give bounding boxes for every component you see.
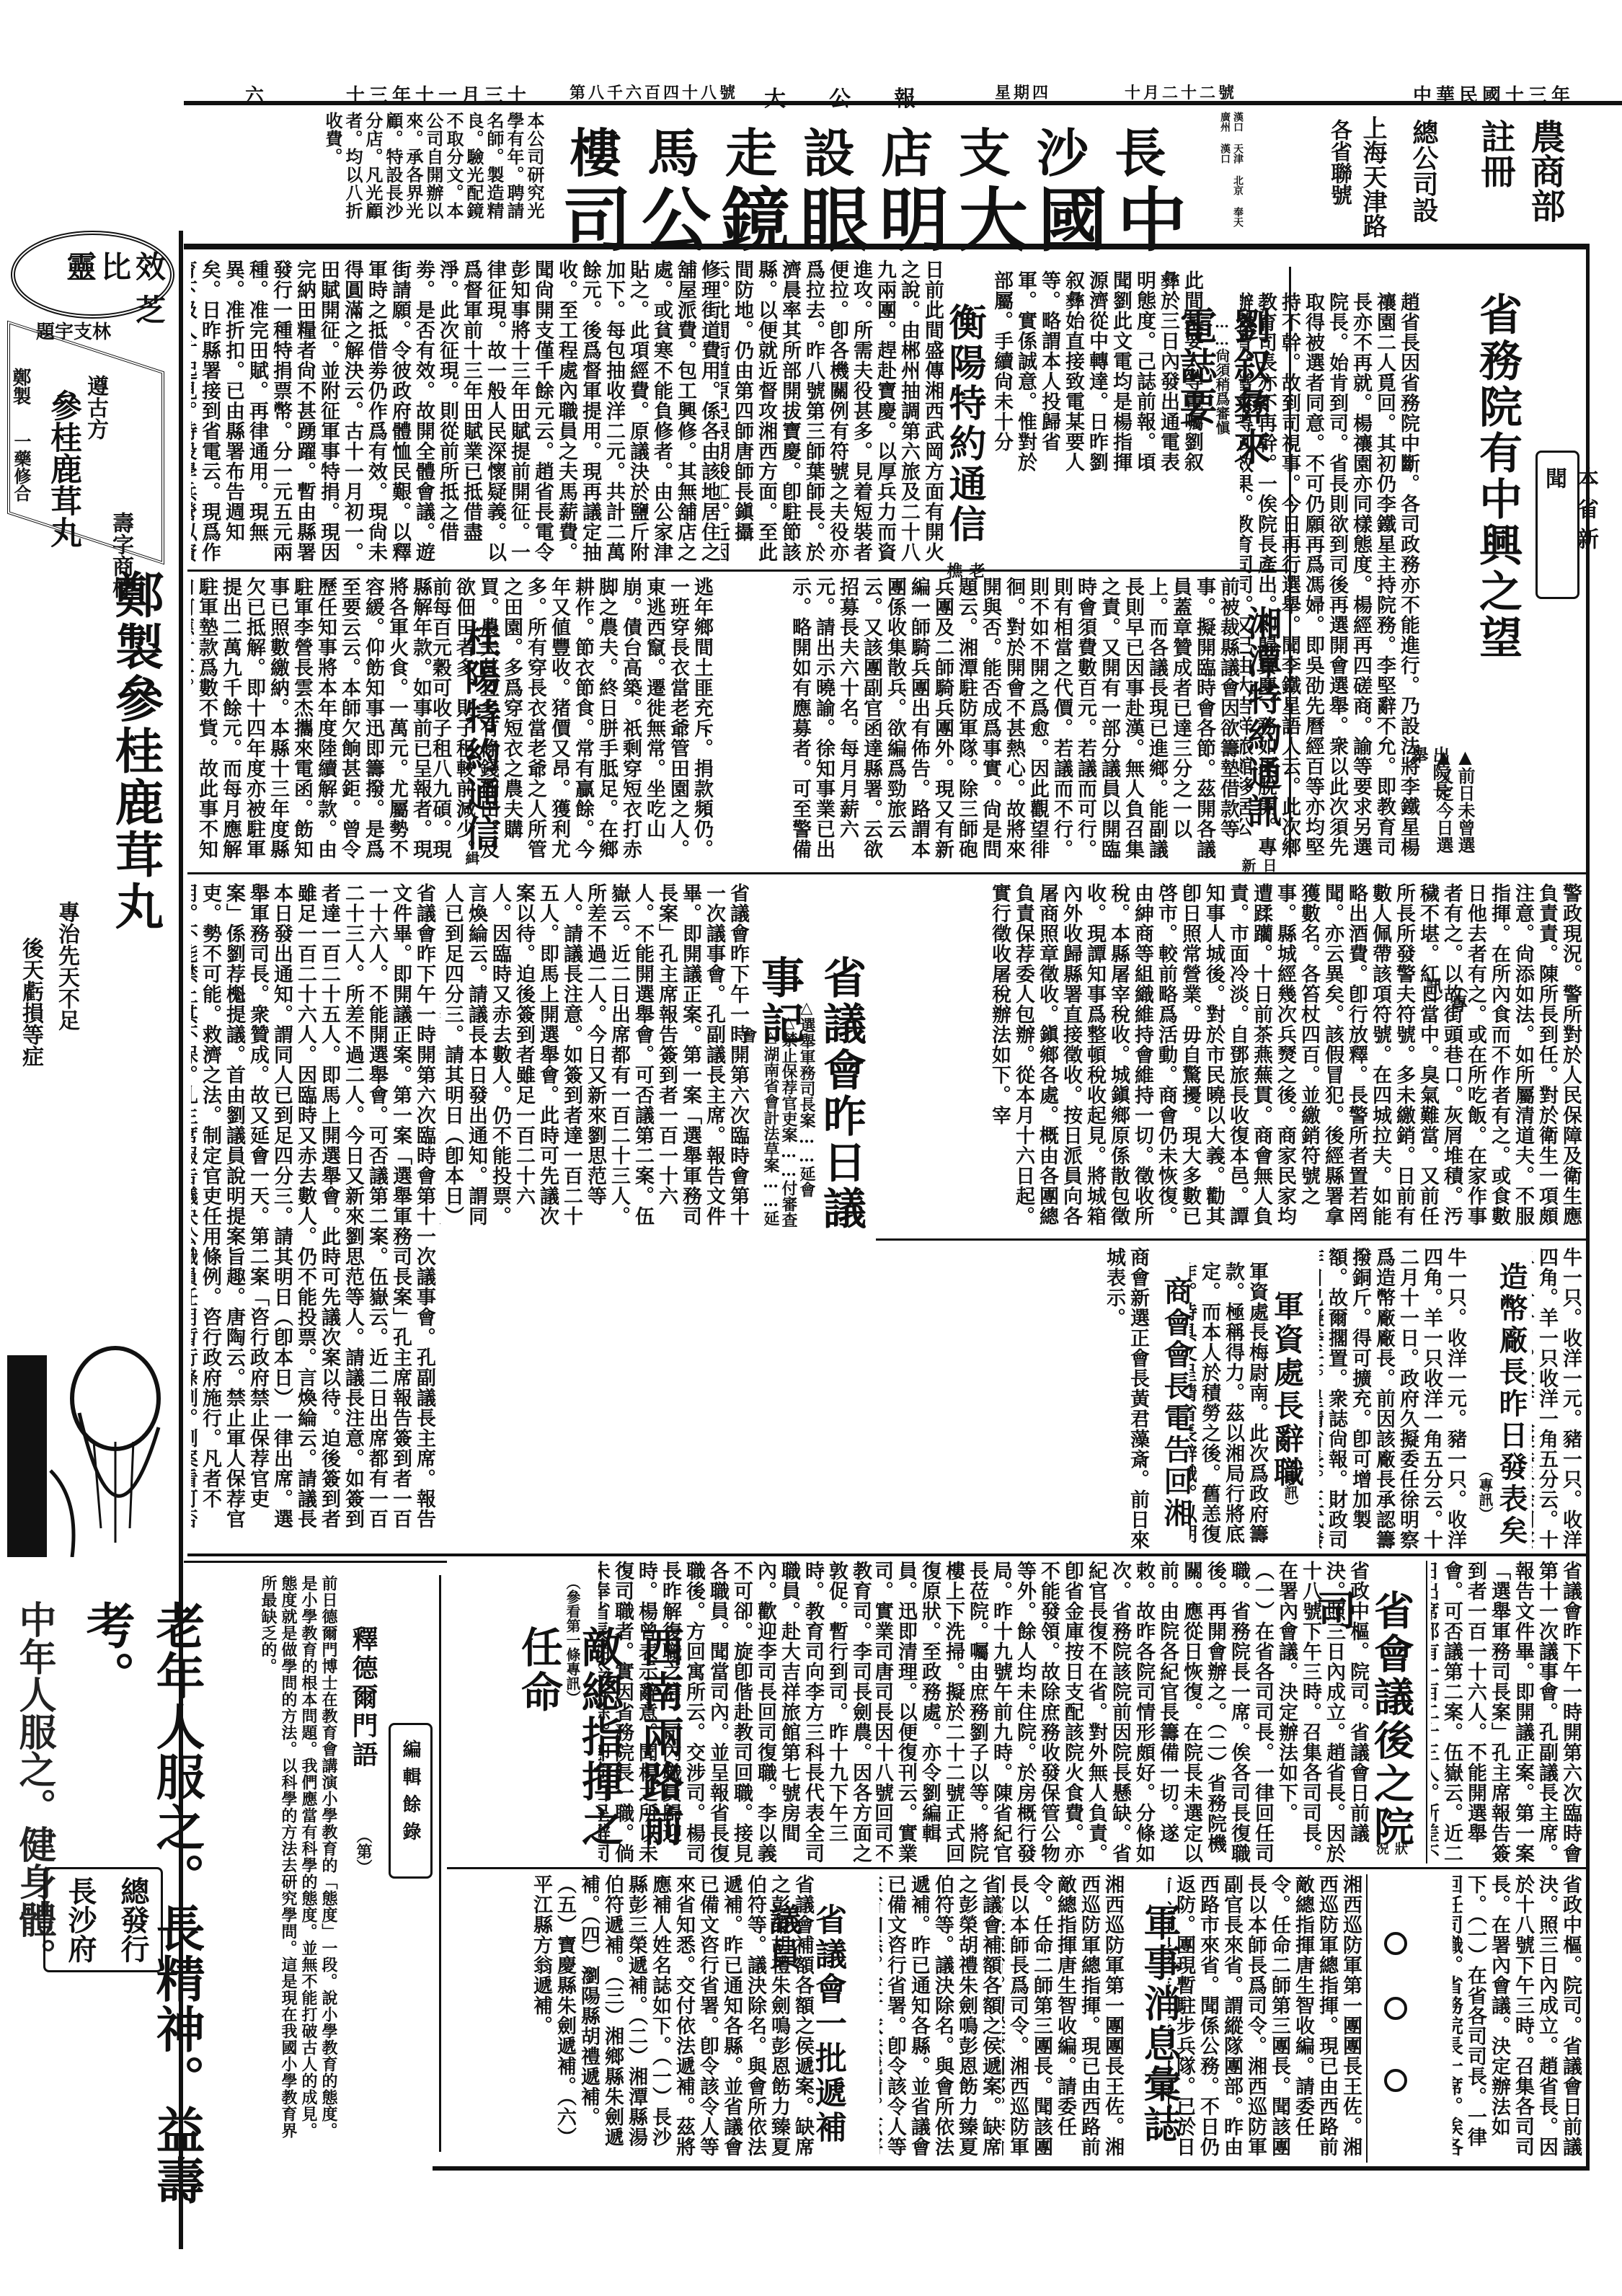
article-guiyang: 逃年鄉間土匪充斥。捐款頻仍。一班穿長衣當老爺管田園之人。東逃西竄。遷徙無常。坐吃… bbox=[433, 577, 793, 865]
article-headline: 湘潭特約通訊 bbox=[1237, 606, 1287, 830]
masthead-republic-year: 中華民國十三年 bbox=[1413, 81, 1574, 101]
masthead-day: 星期四 bbox=[995, 81, 1051, 101]
circle-mark bbox=[1384, 2069, 1407, 2092]
top-ad-branch-list: 漢口 天津 北京 奉天 廣州 漢口 bbox=[1218, 112, 1312, 231]
editorial-right-rule bbox=[439, 1575, 441, 2152]
column-tag-label: 本省新聞 bbox=[1538, 467, 1601, 582]
indications-1: 專治先天不足 bbox=[50, 901, 82, 1031]
top-ad-head-office-loc: 上海天津路 bbox=[1355, 115, 1391, 238]
article-after-council: 省會議後之院司 狀況 省政中樞。院司。省議會日前議決。照三日內成立。趙省長。因於… bbox=[876, 1561, 1424, 1863]
top-ad-copy: 本公司研究光學有年。聘請名師。製造精良。驗光配鏡不取分文。本公司自開辦以來。承各… bbox=[184, 112, 544, 234]
article-body: 省議會昨下午一時開第六次臨時會第十一次議事會。孔副議長主席。報告文件畢。即開議正… bbox=[191, 883, 436, 1532]
distributor-label: 總發行 bbox=[112, 1876, 154, 1963]
top-ad-registered-label: 農商部註冊 bbox=[1471, 119, 1570, 241]
masthead-issue: 第八千六百四十八號 bbox=[570, 81, 738, 101]
article-body: 省議會昨下午一時開第六次臨時會第十一次議事會。孔副議長主席。報告文件畢。即開議正… bbox=[1431, 1561, 1582, 1863]
article-headline: 西南兩路前敵總指揮之任命 bbox=[508, 1626, 690, 1863]
article-hengyang-2: 修理街道費用。係各由該地居住之舖屋派費。包工興修。其無舖店之處。或貧寒不能負修者… bbox=[191, 260, 721, 562]
article-byline: （第） bbox=[353, 1827, 375, 1875]
row-divider bbox=[187, 569, 1290, 572]
book-note: 一藥修合 bbox=[9, 433, 34, 502]
article-county-payments: 商會新選正會長黃君藻斎。前日來城表示。 bbox=[876, 1247, 1150, 1550]
content-top-rule bbox=[184, 244, 1590, 249]
article-right-continued: 省議會昨下午一時開第六次臨時會第十一次議事會。孔副議長主席。報告文件畢。即開議正… bbox=[1431, 1561, 1582, 1863]
article-body: 商會新選正會長黃君藻斎。前日來城表示。 bbox=[876, 1247, 1150, 1550]
article-council-session: 省議會昨日議事記 △選舉軍務司長案……延會 △禁止保荐官吏案……付審查 △湖南省… bbox=[440, 883, 872, 1236]
masthead-paper-name: 大公報 bbox=[764, 81, 959, 101]
article-body: 省政中樞。院司。省議會日前議決。照三日內成立。趙省長。因於十八號下午三時。召集各… bbox=[876, 1561, 1370, 1863]
product-name: 鄭製參桂鹿茸丸 bbox=[101, 569, 171, 933]
article-byline: 日新 bbox=[1238, 858, 1280, 872]
article-hengyang-1: 衡陽特約通信 老樵 日前此間盛傳湘西武岡方面有開火之說。由郴州抽調第六旅及二十八… bbox=[721, 260, 1060, 562]
article-baoqing: 警政現況。警所對於人民保障及衛生應負責責。陳所長到任。對於衛生一項頗注意。尙添如… bbox=[876, 883, 1582, 1236]
book-maker: 鄭製 bbox=[7, 368, 34, 405]
top-ad-brand-main: 中國大明眼鏡公司 bbox=[562, 166, 1197, 265]
distributor-box: 總發行 長沙府 bbox=[43, 1867, 163, 1972]
article-body: 前被裁縣議會因欲籌墊借款等事。擬開臨時會各節。茲開各議員蓋章贊成者已達三分之一以… bbox=[793, 577, 1240, 865]
masthead-date-left: 十三年十一月三十 bbox=[346, 81, 531, 101]
column-divider bbox=[1426, 1561, 1427, 1863]
article-body: 警政現況。警所對於人民保障及衛生應負責責。陳所長到任。對於衛生一項頗注意。尙添如… bbox=[876, 883, 1582, 1236]
editorial-label-box: 編輯餘錄 bbox=[389, 1723, 433, 1879]
article-hengyang-2-cont: 縣解年款。如事前已呈報者。現將各軍火食。一萬元。尤屬勢不容緩。仰飭知事迅即籌撥。… bbox=[191, 577, 433, 865]
column-divider bbox=[1366, 1874, 1368, 2163]
article-byline: ……尙須稍爲審愼 bbox=[1212, 314, 1233, 435]
row-divider bbox=[876, 1238, 1586, 1241]
article-provincial-council: 省務院有中興之望 ▲前日未曾選出院長 ▲又定今日選舉 （專訊） 趙省長因省務院中… bbox=[1298, 256, 1528, 865]
column-tag-box: 本省新聞 bbox=[1535, 451, 1579, 599]
masthead-rule bbox=[184, 101, 1622, 105]
article-byline: 緝 bbox=[461, 851, 482, 865]
article-new-members: 省議會補額各額之侯遞案。缺席之彭榮胡禮朱劍鳴彭恩飭力臻夏伯符等。議決除名。與會所… bbox=[454, 1874, 1002, 2163]
editorial-label: 編輯餘錄 bbox=[397, 1739, 424, 1849]
indications-2: 後天虧損等症 bbox=[14, 937, 46, 1067]
article-council-session-cont: 省議會昨下午一時開第六次臨時會第十一次議事會。孔副議長主席。報告文件畢。即開議正… bbox=[191, 883, 436, 1532]
article-byline: 狀況 bbox=[1372, 1842, 1409, 1863]
article-body: 牛一只。收洋一元。豬一只。收洋四角。羊一只收洋一角五分云。十二月十一日。政府久擬… bbox=[1532, 1247, 1582, 1550]
article-body: 省議會昨下午一時開第六次臨時會第十一次議事會。孔副議長主席。報告文件畢。即開議正… bbox=[440, 883, 750, 1236]
sage-illustration bbox=[7, 1341, 169, 1557]
article-body: 省議會補額各額之侯遞案。缺席之彭榮胡禮朱劍鳴彭恩飭力臻夏伯符等。議決除名。與會所… bbox=[879, 1874, 1002, 2163]
book-title: 參桂鹿茸丸 bbox=[40, 389, 86, 548]
article-headline: 衡陽特約通信 bbox=[937, 303, 991, 545]
article-body: 修理街道費用。係各由該地居住之舖屋派費。包工興修。其無舖店之處。或貧寒不能負修者… bbox=[191, 260, 721, 562]
article-byline: （專訊） bbox=[1475, 1463, 1496, 1521]
article-body: 牛一只。收洋一元。豬一只。收洋四角。羊一只收洋一角五分云。十二月十一日。政府久擬… bbox=[1319, 1247, 1467, 1550]
article-editorial: 釋德爾門語 （第） 編輯餘錄 前日德爾門博士在教育會講演小學教育的「態度」一段。… bbox=[184, 1561, 447, 2166]
article-chamber-president: 商會會長電告回湘 bbox=[1153, 1247, 1197, 1550]
left-ad-panel: 效比靈芝 林支宇題 遵古方 參桂鹿茸丸 鄭製 一藥修合 壽字商標 鄭製參桂鹿茸丸… bbox=[0, 216, 177, 2285]
article-xiangtan: 湘潭特約通訊 日新 前被裁縣議會因欲籌墊借款等事。擬開臨時會各節。茲開各議員蓋章… bbox=[793, 577, 1290, 865]
editorial-top-rule bbox=[184, 1561, 447, 1563]
page-number: 六 bbox=[245, 81, 277, 101]
article-military-supply: 軍資處長辭職 （專訊） 軍資處長梅尉南。此次爲政府籌款。極稱得力。茲以湘局行將底… bbox=[1189, 1247, 1319, 1550]
article-body: 湘西巡防軍第一團團長王佐。湘西巡防軍總指揮。現已由西路前敵總指揮唐生智收編。請委… bbox=[1002, 1874, 1125, 2163]
article-body: 軍資處長梅尉南。此次爲政府籌款。極稱得力。茲以湘局行將底定。而本人於積勞之後。舊… bbox=[1189, 1262, 1269, 1550]
article-headline: 造幣廠長昨日發表矣 bbox=[1491, 1262, 1532, 1547]
article-right-tail: 省政中樞。院司。省議會日前議決。照三日內成立。趙省長。因於十八號下午三時。召集各… bbox=[1370, 1874, 1582, 2163]
article-body: 省政中樞。院司。省議會日前議決。照三日內成立。趙省長。因於十八號下午三時。召集各… bbox=[1453, 1874, 1582, 2163]
seal-circle: 效比靈芝 bbox=[11, 231, 174, 319]
distributor-loc: 長沙府 bbox=[60, 1876, 101, 1963]
article-body: 省議會補額各額之侯遞案。缺席之彭榮胡禮朱劍鳴彭恩飭力臻夏伯符等。議決除名。與會所… bbox=[454, 1874, 815, 2163]
content-bottom-rule bbox=[433, 2166, 1590, 2171]
article-military-news: 軍事消息彙誌 湘西巡防軍第一團團長王佐。湘西巡防軍總指揮。現已由西路前敵總指揮唐… bbox=[1002, 1874, 1362, 2163]
circle-mark bbox=[1384, 1997, 1407, 2020]
row-divider bbox=[187, 872, 1586, 874]
article-body: 日前此間盛傳湘西武岡方面有開火之說。由郴州抽調第六旅及二十八九兩團。趕赴寶慶。以… bbox=[721, 260, 944, 562]
article-headline: 釋德爾門語 bbox=[345, 1626, 382, 1770]
article-headline: 桂陽特約通信 bbox=[454, 620, 506, 854]
article-headline: 商會會長電告回湘 bbox=[1156, 1276, 1197, 1530]
article-southwest-command: 教育司。李司長劍農。因各方面之敦促。暫行到司。昨十九下午三時。教育司向李方三科長… bbox=[454, 1561, 872, 1863]
article-body: 縣解年款。如事前已呈報者。現將各軍火食。一萬元。尤屬勢不容緩。仰飭知事迅即籌撥。… bbox=[191, 577, 433, 865]
article-body: 湘西巡防軍第一團團長王佐。湘西巡防軍總指揮。現已由西路前敵總指揮唐生智收編。請委… bbox=[1168, 1874, 1362, 2163]
row-divider bbox=[187, 1553, 1586, 1556]
top-ad-head-office-label: 總公司設 bbox=[1406, 119, 1442, 223]
row-divider bbox=[447, 1867, 1586, 1869]
circle-mark bbox=[1384, 1932, 1407, 1955]
article-headline: 省務院有中興之望 bbox=[1466, 292, 1528, 661]
article-body: 前日德爾門博士在教育會講演小學教育的「態度」一段。說小學教育的態度。是小學教育的… bbox=[195, 1575, 339, 2152]
article-byline: （專訊） bbox=[1280, 1456, 1301, 1514]
article-mint-director: 造幣廠長昨日發表矣 （專訊） 牛一只。收洋一元。豬一只。收洋四角。羊一只收洋一角… bbox=[1319, 1247, 1582, 1550]
top-ad-branches-label: 各省聯號 bbox=[1323, 119, 1355, 205]
masthead-lunar-date: 十月二十二號 bbox=[1125, 81, 1237, 101]
